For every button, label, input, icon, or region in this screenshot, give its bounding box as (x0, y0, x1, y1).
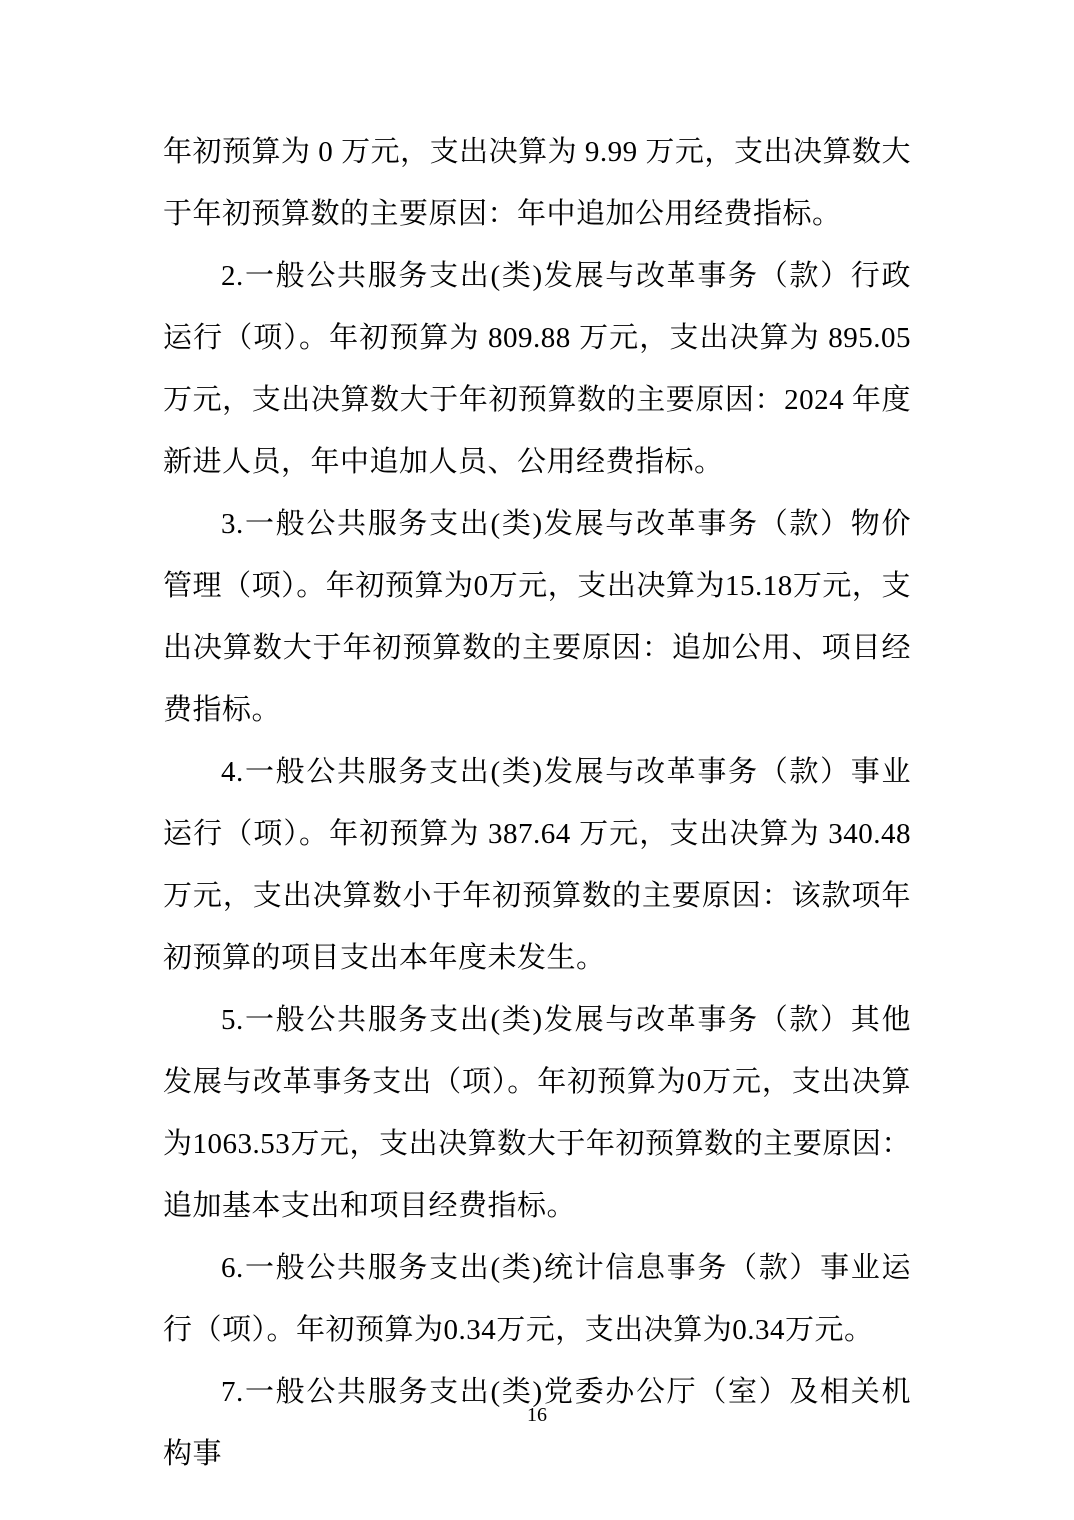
document-page: 年初预算为 0 万元，支出决算为 9.99 万元，支出决算数大于年初预算数的主要… (0, 0, 1074, 1520)
paragraph-item-5: 5.一般公共服务支出(类)发展与改革事务（款）其他发展与改革事务支出（项）。年初… (163, 989, 911, 1237)
paragraph-continuation: 年初预算为 0 万元，支出决算为 9.99 万元，支出决算数大于年初预算数的主要… (163, 121, 911, 245)
page-number: 16 (0, 1402, 1074, 1428)
document-body: 年初预算为 0 万元，支出决算为 9.99 万元，支出决算数大于年初预算数的主要… (163, 121, 911, 1485)
paragraph-item-4: 4.一般公共服务支出(类)发展与改革事务（款）事业运行（项）。年初预算为 387… (163, 741, 911, 989)
paragraph-item-6: 6.一般公共服务支出(类)统计信息事务（款）事业运行（项）。年初预算为0.34万… (163, 1237, 911, 1361)
paragraph-item-3: 3.一般公共服务支出(类)发展与改革事务（款）物价管理（项）。年初预算为0万元，… (163, 493, 911, 741)
paragraph-item-2: 2.一般公共服务支出(类)发展与改革事务（款）行政运行（项）。年初预算为 809… (163, 245, 911, 493)
